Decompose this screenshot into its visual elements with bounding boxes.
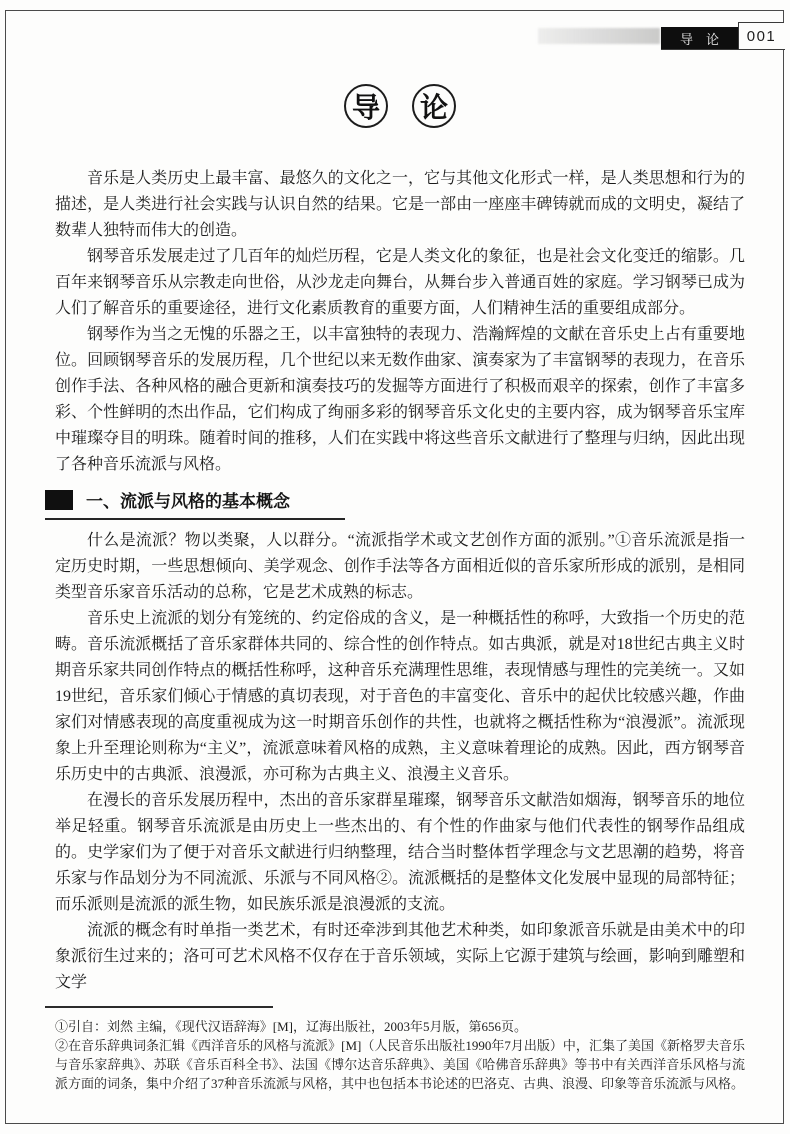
section-marker-square [45,490,73,510]
footnotes: ①引自：刘然 主编，《现代汉语辞海》[M]，辽海出版社，2003年5月版，第65… [55,1006,745,1093]
section-paragraph: 什么是流派？物以类聚，人以群分。“流派指学术或文艺创作方面的派别。”①音乐流派是… [55,528,745,606]
footnote: ②在音乐辞典词条汇辑《西洋音乐的风格与流派》[M]（人民音乐出版社1990年7月… [55,1036,745,1093]
section-paragraph: 在漫长的音乐发展历程中，杰出的音乐家群星璀璨，钢琴音乐文献浩如烟海，钢琴音乐的地… [55,788,745,918]
chapter-title: 导 论 [55,84,745,128]
page-content: 导 论 音乐是人类历史上最丰富、最悠久的文化之一，它与其他文化形式一样，是人类思… [55,0,745,1093]
intro-paragraph: 音乐是人类历史上最丰富、最悠久的文化之一，它与其他文化形式一样，是人类思想和行为… [55,166,745,244]
section-heading: 一、流派与风格的基本概念 [45,487,345,520]
section-paragraph: 流派的概念有时单指一类艺术，有时还牵涉到其他艺术种类，如印象派音乐就是由美术中的… [55,918,745,996]
title-circle-char: 论 [412,84,456,128]
footnote: ①引自：刘然 主编，《现代汉语辞海》[M]，辽海出版社，2003年5月版，第65… [55,1017,745,1036]
intro-paragraph: 钢琴作为当之无愧的乐器之王，以丰富独特的表现力、浩瀚辉煌的文献在音乐史上占有重要… [55,322,745,478]
footnote-rule [45,1006,273,1008]
book-page: 导 论 001 导 论 音乐是人类历史上最丰富、最悠久的文化之一，它与其他文化形… [0,0,790,1134]
intro-paragraph: 钢琴音乐发展走过了几百年的灿烂历程，它是人类文化的象征，也是社会文化变迁的缩影。… [55,244,745,322]
section-heading-text: 一、流派与风格的基本概念 [86,487,290,512]
title-circle-char: 导 [344,84,388,128]
section-paragraph: 音乐史上流派的划分有笼统的、约定俗成的含义，是一种概括性的称呼，大致指一个历史的… [55,606,745,788]
